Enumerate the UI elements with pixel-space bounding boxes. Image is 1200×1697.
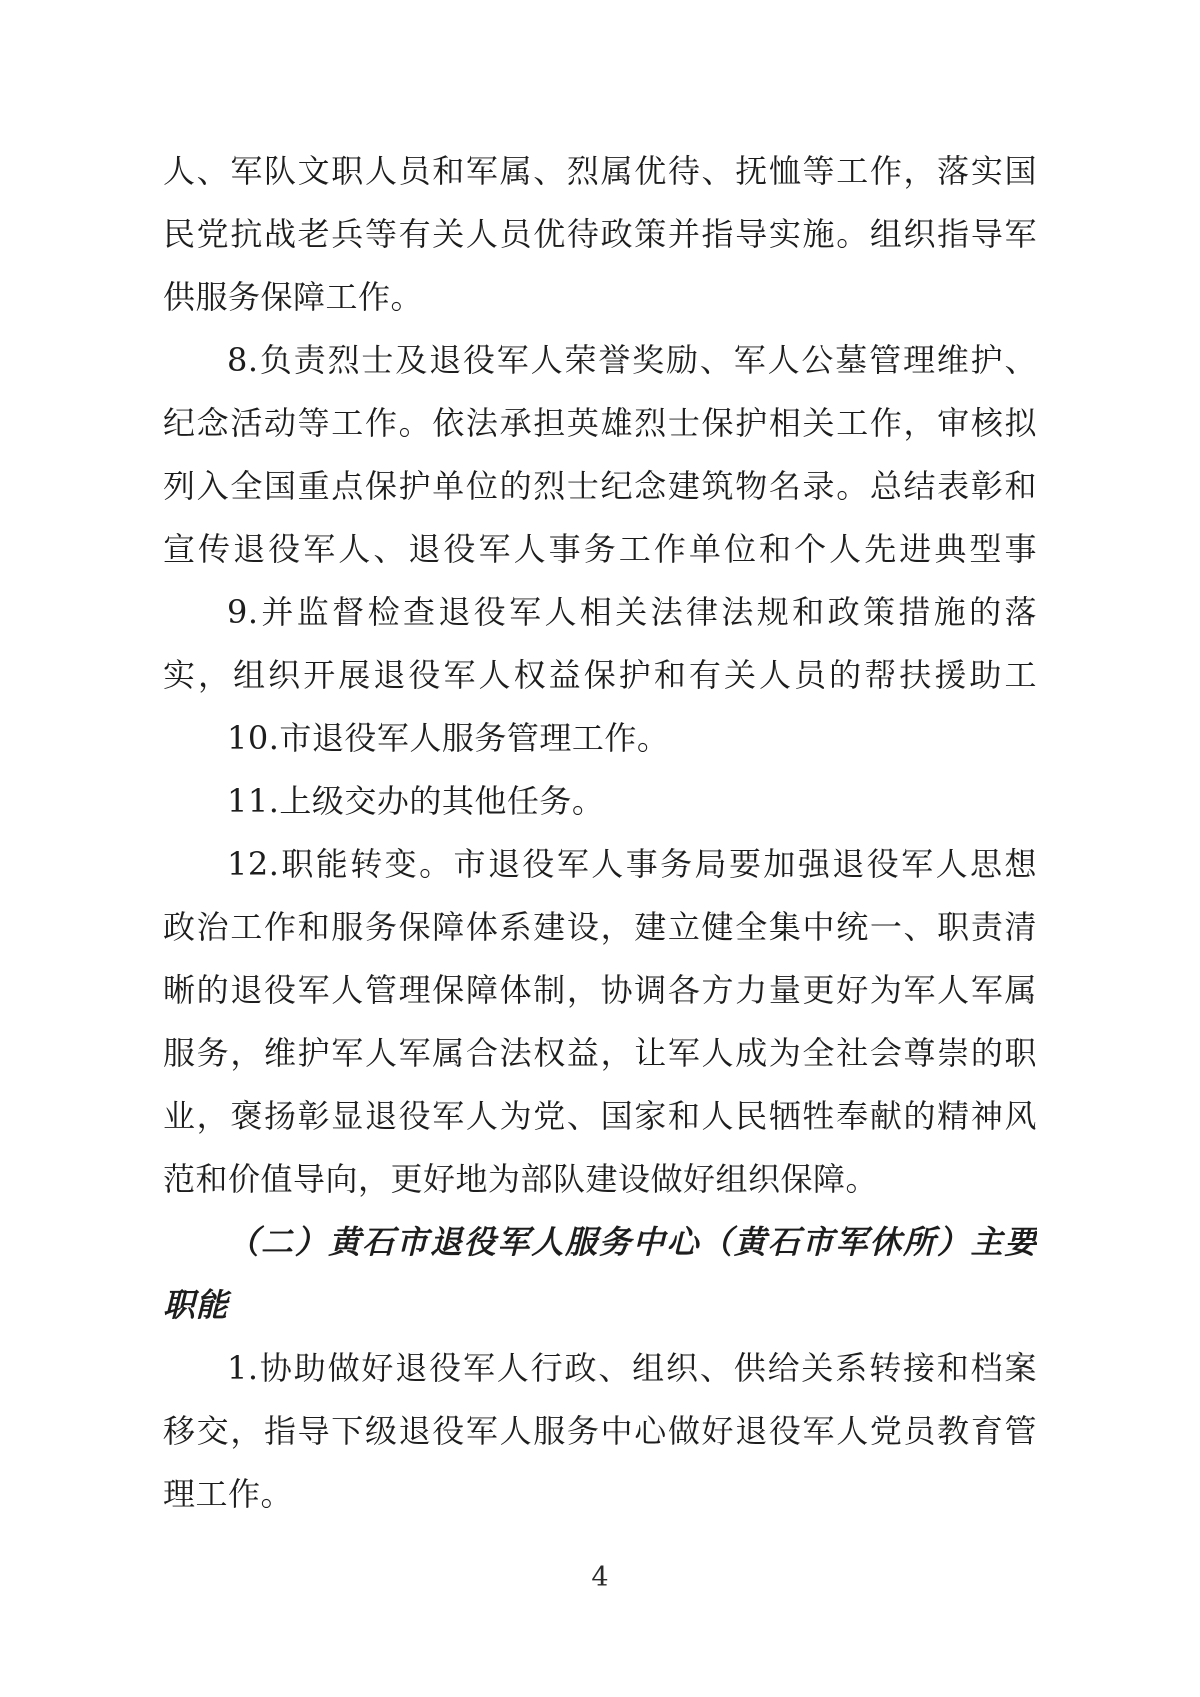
text-line: 业，褒扬彰显退役军人为党、国家和人民牺牲奉献的精神风 [163,1085,1037,1148]
text-line: 民党抗战老兵等有关人员优待政策并指导实施。组织指导军 [163,203,1037,266]
page-number: 4 [0,1560,1200,1596]
text-line: 实，组织开展退役军人权益保护和有关人员的帮扶援助工作。 [163,644,1037,707]
text-line-item-8: 8.负责烈士及退役军人荣誉奖励、军人公墓管理维护、 [163,329,1037,392]
text-line: 供服务保障工作。 [163,266,1037,329]
section-heading-continued: 职能 [163,1274,1037,1337]
text-line: 移交，指导下级退役军人服务中心做好退役军人党员教育管 [163,1400,1037,1463]
section-heading: （二）黄石市退役军人服务中心（黄石市军休所）主要 [163,1211,1037,1274]
text-line-item-12: 12.职能转变。市退役军人事务局要加强退役军人思想 [163,833,1037,896]
text-line-item-1: 1.协助做好退役军人行政、组织、供给关系转接和档案 [163,1337,1037,1400]
document-body: 人、军队文职人员和军属、烈属优待、抚恤等工作，落实国 民党抗战老兵等有关人员优待… [163,140,1037,1526]
text-line: 人、军队文职人员和军属、烈属优待、抚恤等工作，落实国 [163,140,1037,203]
text-line-item-11: 11.上级交办的其他任务。 [163,770,1037,833]
text-line: 列入全国重点保护单位的烈士纪念建筑物名录。总结表彰和 [163,455,1037,518]
document-page: 人、军队文职人员和军属、烈属优待、抚恤等工作，落实国 民党抗战老兵等有关人员优待… [0,0,1200,1697]
text-line: 理工作。 [163,1463,1037,1526]
text-line-item-9: 9.并监督检查退役军人相关法律法规和政策措施的落 [163,581,1037,644]
text-line: 宣传退役军人、退役军人事务工作单位和个人先进典型事迹。 [163,518,1037,581]
text-line: 服务，维护军人军属合法权益，让军人成为全社会尊崇的职 [163,1022,1037,1085]
text-line: 范和价值导向，更好地为部队建设做好组织保障。 [163,1148,1037,1211]
text-line: 晰的退役军人管理保障体制，协调各方力量更好为军人军属 [163,959,1037,1022]
text-line-item-10: 10.市退役军人服务管理工作。 [163,707,1037,770]
text-line: 政治工作和服务保障体系建设，建立健全集中统一、职责清 [163,896,1037,959]
text-line: 纪念活动等工作。依法承担英雄烈士保护相关工作，审核拟 [163,392,1037,455]
